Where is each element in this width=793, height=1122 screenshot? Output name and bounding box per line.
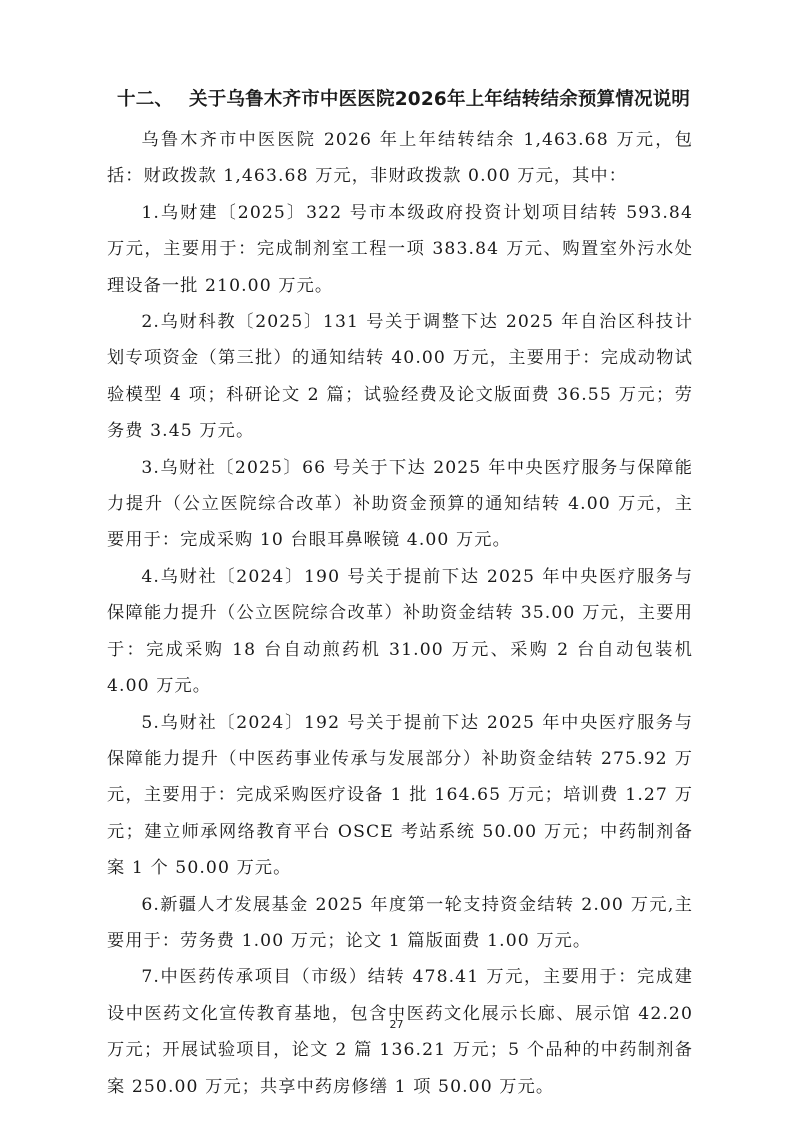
- list-item: 4.乌财社〔2024〕190 号关于提前下达 2025 年中央医疗服务与保障能力…: [107, 559, 693, 705]
- section-number: 十二、: [117, 86, 189, 114]
- section-title: 关于乌鲁木齐市中医医院2026年上年结转结余预算情况说明: [189, 89, 690, 110]
- list-item: 7.中医药传承项目（市级）结转 478.41 万元，主要用于：完成建设中医药文化…: [107, 959, 693, 1105]
- list-item: 6.新疆人才发展基金 2025 年度第一轮支持资金结转 2.00 万元,主要用于…: [107, 887, 693, 960]
- list-item: 3.乌财社〔2025〕66 号关于下达 2025 年中央医疗服务与保障能力提升（…: [107, 450, 693, 559]
- page-number: 27: [0, 1018, 793, 1031]
- intro-paragraph: 乌鲁木齐市中医医院 2026 年上年结转结余 1,463.68 万元，包括：财政…: [107, 122, 693, 195]
- list-item: 2.乌财科教〔2025〕131 号关于调整下达 2025 年自治区科技计划专项资…: [107, 304, 693, 450]
- section-heading: 十二、关于乌鲁木齐市中医医院2026年上年结转结余预算情况说明: [117, 86, 693, 114]
- document-page: 十二、关于乌鲁木齐市中医医院2026年上年结转结余预算情况说明 乌鲁木齐市中医医…: [107, 86, 693, 1105]
- list-item: 1.乌财建〔2025〕322 号市本级政府投资计划项目结转 593.84 万元，…: [107, 195, 693, 304]
- list-item: 5.乌财社〔2024〕192 号关于提前下达 2025 年中央医疗服务与保障能力…: [107, 705, 693, 887]
